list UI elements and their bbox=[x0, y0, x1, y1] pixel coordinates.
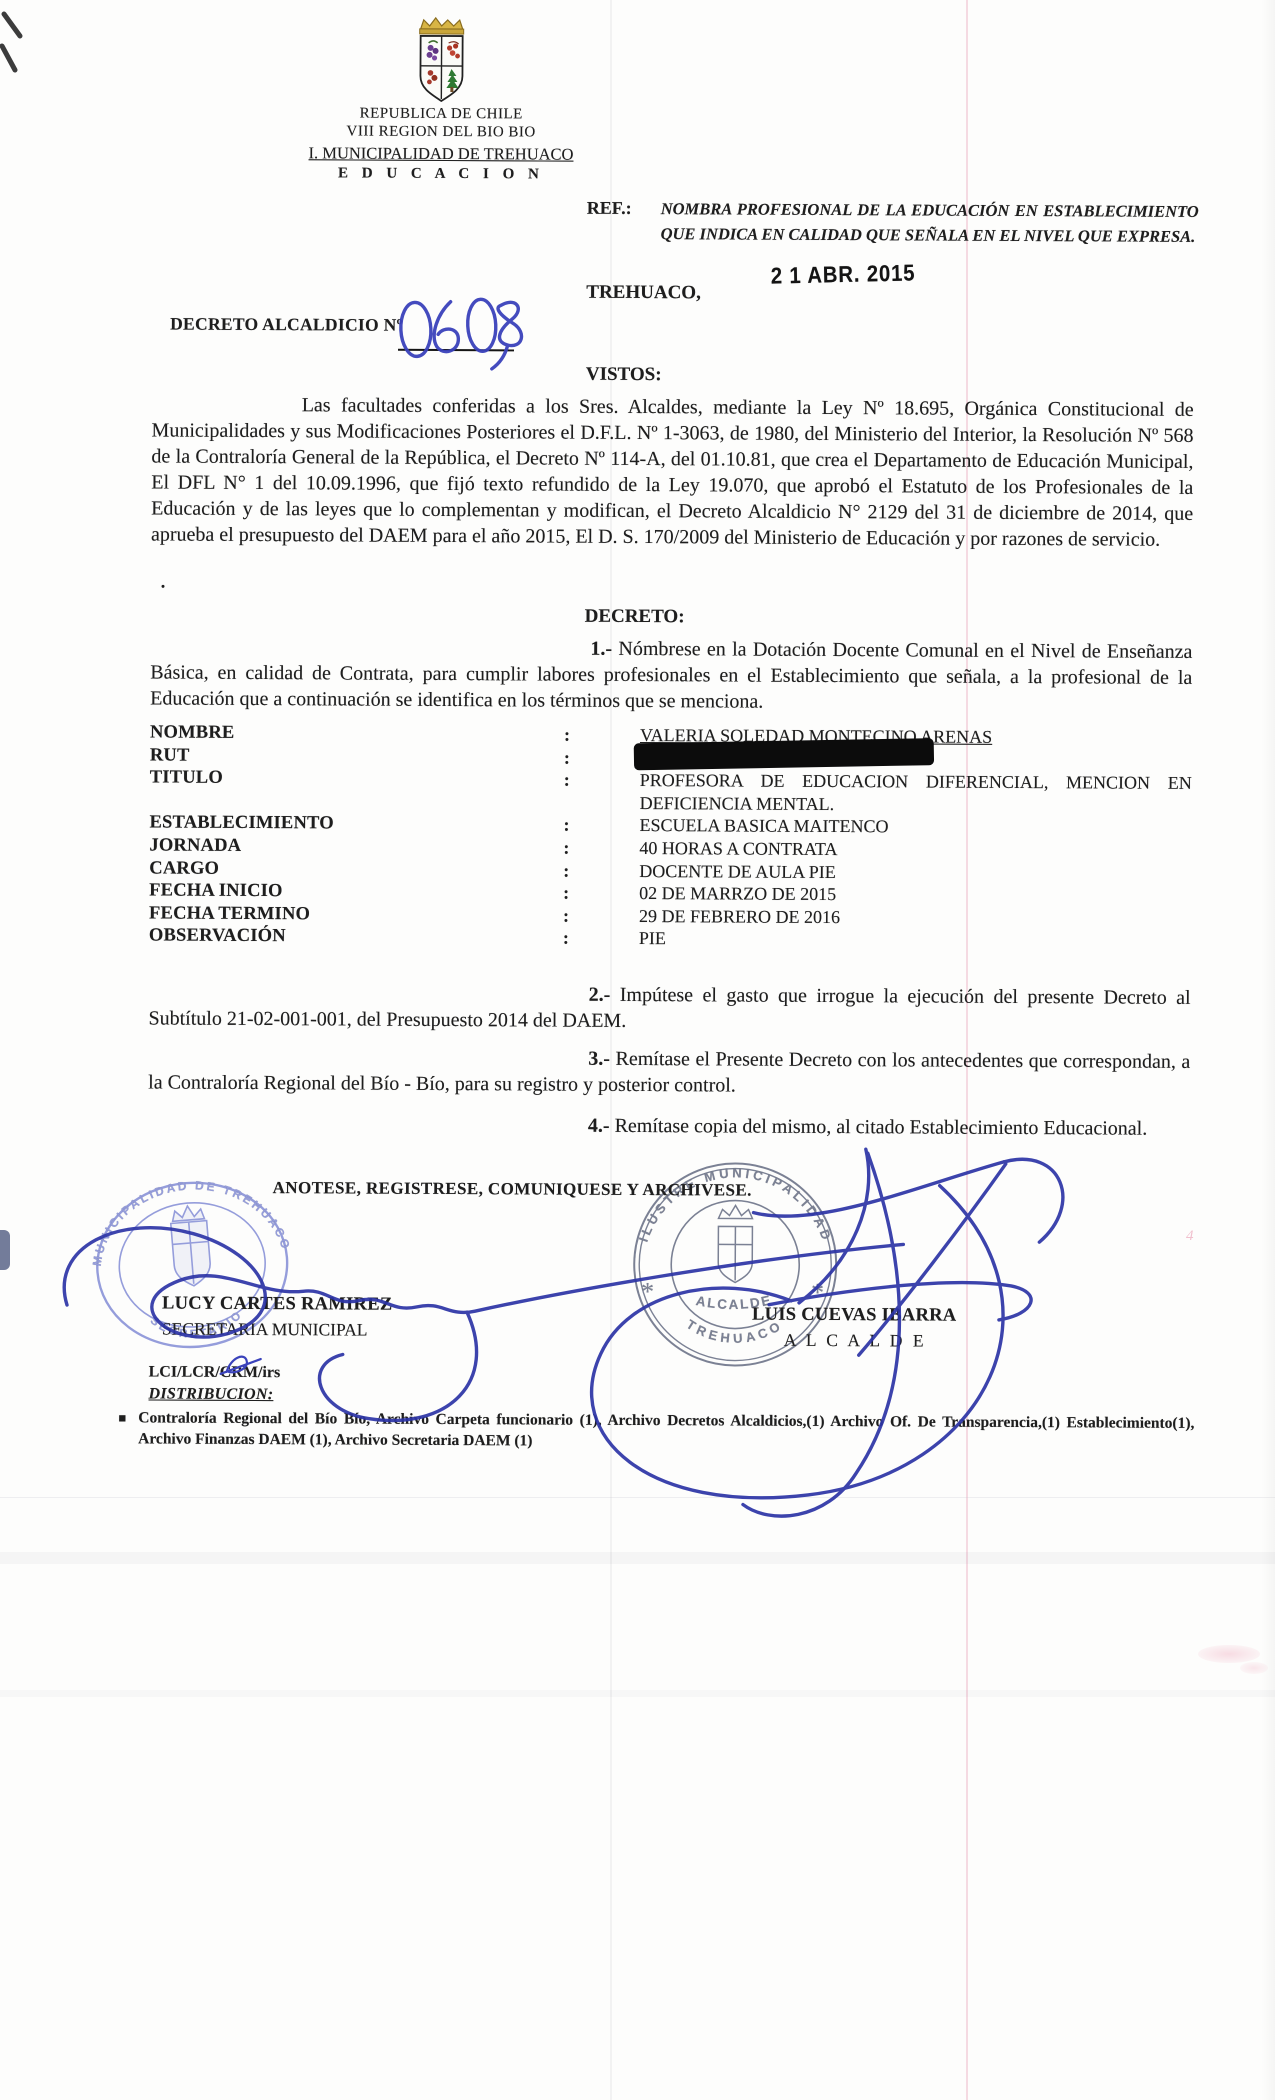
row-colon: : bbox=[549, 882, 639, 905]
stamp-ring-text: MUNICIPALIDAD DE TREHUACO bbox=[83, 1170, 293, 1268]
appointment-details: NOMBRE : VALERIA SOLEDAD MONTECINO ARENA… bbox=[149, 721, 1192, 952]
coat-of-arms-icon bbox=[408, 15, 474, 105]
row-value: PIE bbox=[639, 927, 1191, 952]
row-colon: : bbox=[549, 814, 639, 837]
svg-text:ILUSTRE MUNICIPALIDAD: ILUSTRE MUNICIPALIDAD bbox=[636, 1165, 836, 1245]
row-colon: : bbox=[550, 724, 640, 747]
distribution-list: ■ Contraloría Regional del Bío Bío, Arch… bbox=[118, 1407, 1194, 1455]
row-value: ESCUELA BASICA MAITENCO bbox=[639, 814, 1191, 839]
stamp-star-left: * bbox=[641, 1277, 654, 1306]
row-label: ESTABLECIMIENTO bbox=[149, 812, 549, 837]
ref-label: REF.: bbox=[587, 198, 632, 219]
bullet-icon: ■ bbox=[118, 1407, 126, 1449]
redaction-bar bbox=[634, 738, 934, 770]
table-row: TITULO : PROFESORA DE EDUCACION DIFERENC… bbox=[150, 767, 1192, 818]
row-colon: : bbox=[550, 746, 640, 769]
decree-number-underline bbox=[398, 349, 514, 352]
secretary-title: SECRETARIA MUNICIPAL bbox=[162, 1319, 393, 1341]
row-label: JORNADA bbox=[149, 834, 549, 859]
point-text: Remítase copia del mismo, al citado Esta… bbox=[615, 1115, 1148, 1140]
row-label: FECHA TERMINO bbox=[149, 902, 549, 927]
letterhead: REPUBLICA DE CHILE VIII REGION DEL BIO B… bbox=[280, 14, 603, 184]
row-label: TITULO bbox=[150, 767, 550, 792]
row-colon: : bbox=[550, 769, 640, 792]
row-colon: : bbox=[549, 927, 639, 950]
row-value: DOCENTE DE AULA PIE bbox=[639, 860, 1191, 885]
row-label: FECHA INICIO bbox=[149, 880, 549, 905]
row-value: 29 DE FEBRERO DE 2016 bbox=[639, 905, 1191, 930]
initials-line: LCI/LCR/CRM/irs bbox=[149, 1363, 281, 1382]
decreto-heading: DECRETO: bbox=[585, 606, 685, 629]
decree-point-2: 2.- Impútese el gasto que irrogue la eje… bbox=[148, 979, 1190, 1036]
decree-point-3: 3.- Remítase el Presente Decreto con los… bbox=[148, 1043, 1190, 1100]
distribution-label: DISTRIBUCION: bbox=[148, 1385, 273, 1404]
row-value: PROFESORA DE EDUCACION DIFERENCIAL, MENC… bbox=[640, 769, 1192, 817]
row-colon: : bbox=[549, 904, 639, 927]
ref-text: NOMBRA PROFESIONAL DE LA EDUCACIÓN EN ES… bbox=[661, 196, 1199, 249]
mayor-name: LUIS CUEVAS IBARRA bbox=[752, 1305, 957, 1327]
stamp-ring-top-text: ILUSTRE MUNICIPALIDAD bbox=[636, 1165, 836, 1245]
row-label: NOMBRE bbox=[150, 721, 550, 746]
point-text: Impútese el gasto que irrogue la ejecuci… bbox=[148, 984, 1190, 1032]
row-colon: : bbox=[549, 859, 639, 882]
secretary-name: LUCY CARTES RAMIREZ bbox=[162, 1294, 393, 1316]
row-colon: : bbox=[549, 837, 639, 860]
point-number: 3.- bbox=[588, 1048, 610, 1070]
row-value: 40 HORAS A CONTRATA bbox=[639, 837, 1191, 862]
decree-point-4: 4.- Remítase copia del mismo, al citado … bbox=[148, 1107, 1190, 1144]
ref-block: REF.: NOMBRA PROFESIONAL DE LA EDUCACIÓN… bbox=[587, 196, 1199, 249]
municipality-line: I. MUNICIPALIDAD DE TREHUACO bbox=[280, 143, 602, 165]
handwritten-decree-number bbox=[388, 288, 542, 379]
distribution-text: Contraloría Regional del Bío Bío, Archiv… bbox=[138, 1407, 1194, 1455]
department-line: E D U C A C I O N bbox=[280, 164, 602, 184]
table-row: OBSERVACIÓN : PIE bbox=[149, 925, 1191, 953]
stray-period: . bbox=[161, 572, 166, 593]
decree-point-1: 1.- Nómbrese en la Dotación Docente Comu… bbox=[150, 633, 1192, 716]
vistos-heading: VISTOS: bbox=[586, 364, 662, 386]
point-number: 2.- bbox=[589, 984, 611, 1006]
place-line: TREHUACO, bbox=[586, 282, 701, 305]
closing-formula: ANOTESE, REGISTRESE, COMUNIQUESE Y ARCHI… bbox=[273, 1178, 752, 1201]
row-label: CARGO bbox=[149, 857, 549, 882]
mayor-title: A L C A L D E bbox=[784, 1330, 957, 1352]
date-stamp: 2 1 ABR. 2015 bbox=[770, 259, 915, 289]
row-label: RUT bbox=[150, 744, 550, 769]
point-text: Nómbrese en la Dotación Docente Comunal … bbox=[150, 638, 1192, 713]
row-value: 02 DE MARRZO DE 2015 bbox=[639, 882, 1191, 907]
vistos-paragraph: Las facultades conferidas a los Sres. Al… bbox=[151, 391, 1194, 552]
stamp-star-right: * bbox=[811, 1278, 824, 1307]
decree-number-label: DECRETO ALCALDICIO Nº bbox=[170, 314, 403, 336]
point-number: 1.- bbox=[590, 638, 612, 660]
signature-block-secretary: LUCY CARTES RAMIREZ SECRETARIA MUNICIPAL bbox=[162, 1294, 393, 1341]
svg-text:MUNICIPALIDAD DE TREHUACO: MUNICIPALIDAD DE TREHUACO bbox=[83, 1170, 293, 1268]
region-line: VIII REGION DEL BIO BIO bbox=[280, 122, 602, 142]
country-line: REPUBLICA DE CHILE bbox=[280, 104, 602, 124]
row-value: 17.218.236-4 bbox=[640, 747, 1192, 772]
point-number: 4.- bbox=[588, 1115, 610, 1137]
scanned-decree-page: 4 bbox=[0, 0, 1275, 2100]
signature-block-mayor: LUIS CUEVAS IBARRA A L C A L D E bbox=[752, 1305, 957, 1352]
row-label: OBSERVACIÓN bbox=[149, 925, 549, 950]
point-text: Remítase el Presente Decreto con los ant… bbox=[148, 1048, 1190, 1097]
